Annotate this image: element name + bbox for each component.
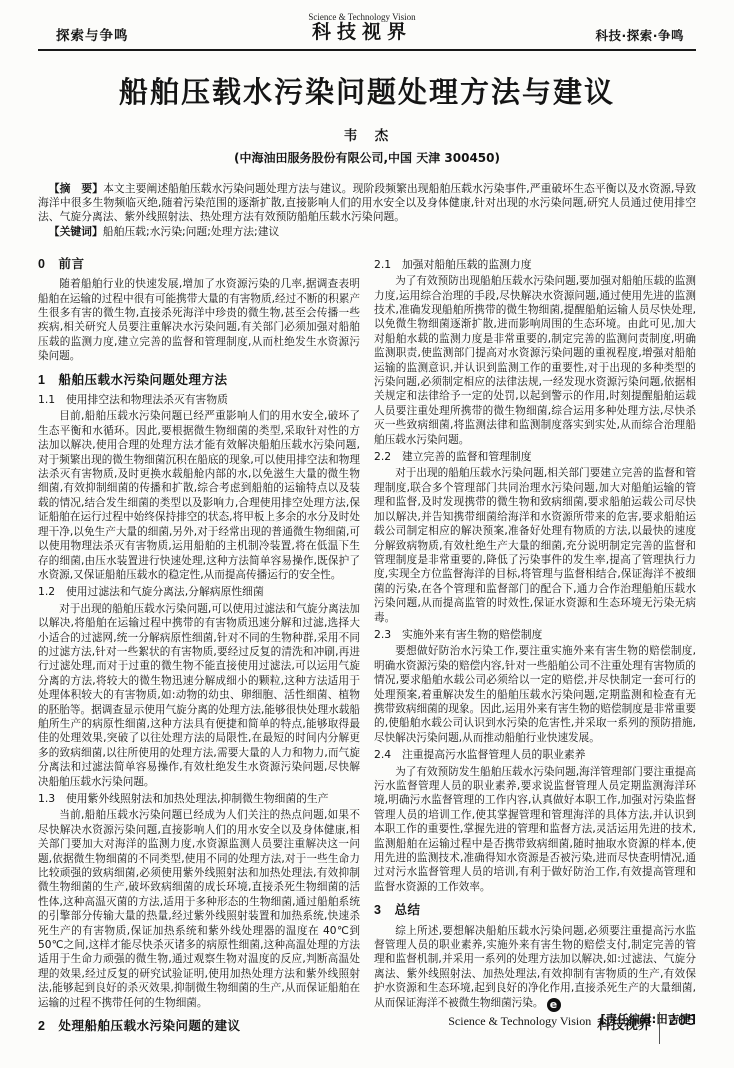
subsection-heading-1-2: 1.2 使用过滤法和气旋分离法,分解病原性细菌 — [38, 585, 360, 599]
column-name-left: 探索与争鸣 — [38, 24, 129, 44]
subsection-heading-2-2: 2.2 建立完善的监督和管理制度 — [374, 450, 696, 464]
subsection-heading-2-3: 2.3 实施外来有害生物的赔偿制度 — [374, 628, 696, 642]
page-footer: Science & Technology Vision 科技视界 205 — [448, 1012, 697, 1044]
subsection-1-1-paragraph: 目前,船舶压载水污染问题已经严重影响人们的用水安全,破坏了生态平衡和水循环。因此… — [38, 409, 360, 582]
section-heading-0: 0 前言 — [38, 257, 360, 271]
journal-page: 探索与争鸣 Science & Technology Vision 科技视界 科… — [0, 0, 734, 1068]
section-heading-1: 1 船舶压载水污染问题处理方法 — [38, 373, 360, 387]
abstract-text: 本文主要阐述船舶压载水污染问题处理方法与建议。现阶段频繁出现船舶压载水污染事件,… — [38, 182, 696, 223]
end-of-article-icon: e — [547, 998, 561, 1012]
journal-masthead: Science & Technology Vision 科技视界 — [308, 12, 415, 44]
article-title: 船舶压载水污染问题处理方法与建议 — [30, 75, 704, 110]
left-column: 0 前言 随着船舶行业的快速发展,增加了水资源污染的几率,据调查表明船舶在运输的… — [38, 255, 360, 1040]
footer-divider — [659, 1012, 660, 1044]
journal-title-chinese: 科技视界 — [308, 22, 415, 44]
subsection-heading-1-3: 1.3 使用紫外线照射法和加热处理法,抑制微生物细菌的生产 — [38, 792, 360, 806]
abstract-block: 【摘 要】本文主要阐述船舶压载水污染问题处理方法与建议。现阶段频繁出现船舶压载水… — [38, 182, 696, 239]
footer-journal-english: Science & Technology Vision — [448, 1014, 591, 1029]
subsection-2-4-paragraph: 为了有效预防发生船舶压载水污染问题,海洋管理部门要注重提高污水监督管理人员的职业… — [374, 765, 696, 895]
article-affiliation: (中海油田服务股份有限公司,中国 天津 300450) — [0, 149, 734, 166]
section-heading-3: 3 总结 — [374, 903, 696, 917]
subsection-2-2-paragraph: 对于出现的船舶压载水污染问题,相关部门要建立完善的监督和管理制度,联合多个管理部… — [374, 466, 696, 624]
subsection-heading-1-1: 1.1 使用排空法和物理法杀灭有害物质 — [38, 393, 360, 407]
abstract-label: 【摘 要】 — [49, 182, 103, 195]
article-author: 韦 杰 — [0, 124, 734, 144]
subsection-2-3-paragraph: 要想做好防治水污染工作,要注重实施外来有害生物的赔偿制度,明确水资源污染的赔偿内… — [374, 644, 696, 745]
subsection-2-1-paragraph: 为了有效预防出现船舶压载水污染问题,要加强对船舶压载的监测力度,运用综合治理的手… — [374, 274, 696, 447]
subsection-heading-2-1: 2.1 加强对船舶压载的监测力度 — [374, 258, 696, 272]
keywords-label: 【关键词】 — [49, 225, 103, 238]
section-0-paragraph: 随着船舶行业的快速发展,增加了水资源污染的几率,据调查表明船舶在运输的过程中很有… — [38, 277, 360, 363]
conclusion-text: 综上所述,要想解决船舶压载水污染问题,必须要注重提高污水监督管理人员的职业素养,… — [374, 925, 696, 1009]
journal-header: 探索与争鸣 Science & Technology Vision 科技视界 科… — [38, 0, 696, 44]
subsection-1-3-paragraph: 当前,船舶压载水污染问题已经成为人们关注的热点问题,如果不尽快解决水资源污染问题… — [38, 808, 360, 1010]
header-rule — [38, 49, 696, 51]
page-number: 205 — [668, 1013, 697, 1029]
column-name-right: 科技·探索·争鸣 — [595, 26, 696, 44]
footer-journal-chinese: 科技视界 — [597, 1013, 651, 1033]
abstract-paragraph: 【摘 要】本文主要阐述船舶压载水污染问题处理方法与建议。现阶段频繁出现船舶压载水… — [38, 182, 696, 225]
conclusion-paragraph: 综上所述,要想解决船舶压载水污染问题,必须要注重提高污水监督管理人员的职业素养,… — [374, 924, 696, 1012]
keywords-text: 船舶压载;水污染;问题;处理方法;建议 — [103, 225, 280, 238]
article-body: 0 前言 随着船舶行业的快速发展,增加了水资源污染的几率,据调查表明船舶在运输的… — [38, 255, 696, 1040]
subsection-1-2-paragraph: 对于出现的船舶压载水污染问题,可以使用过滤法和气旋分离法加以解决,将船舶在运输过… — [38, 602, 360, 789]
right-column: 2.1 加强对船舶压载的监测力度 为了有效预防出现船舶压载水污染问题,要加强对船… — [374, 255, 696, 1040]
subsection-heading-2-4: 2.4 注重提高污水监督管理人员的职业素养 — [374, 748, 696, 762]
section-heading-2: 2 处理船舶压载水污染问题的建议 — [38, 1019, 360, 1033]
keywords-paragraph: 【关键词】船舶压载;水污染;问题;处理方法;建议 — [38, 225, 696, 239]
